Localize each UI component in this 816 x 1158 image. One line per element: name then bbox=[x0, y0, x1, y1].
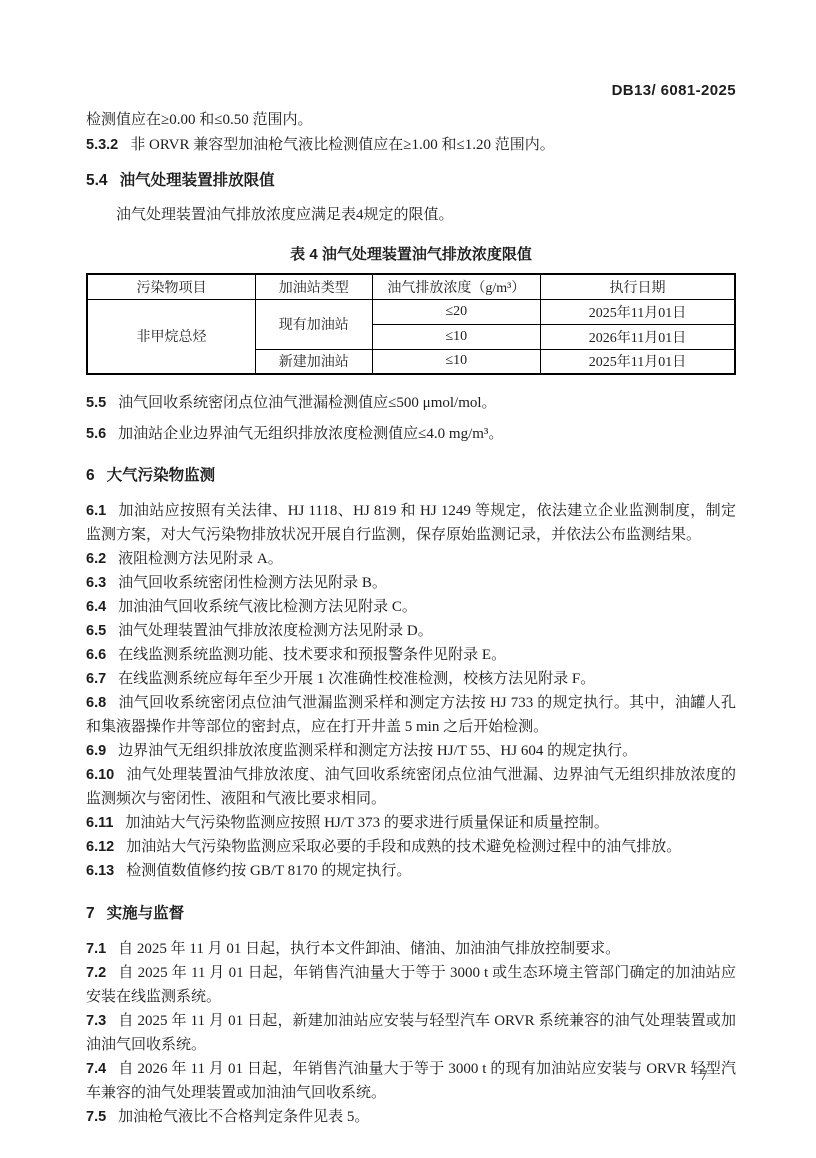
clause-number: 5.6 bbox=[86, 426, 106, 442]
clause-number: 5.5 bbox=[86, 395, 106, 411]
clause-number: 6.13 bbox=[86, 863, 114, 879]
clause-number: 7.3 bbox=[86, 1013, 106, 1029]
clause-text: 液阻检测方法见附录 A。 bbox=[118, 551, 283, 567]
heading-title: 大气污染物监测 bbox=[107, 467, 216, 484]
clause-text: 自 2025 年 11 月 01 日起，新建加油站应安装与轻型汽车 ORVR 系… bbox=[86, 1013, 736, 1053]
clause-number: 6.2 bbox=[86, 551, 106, 567]
cell-concentration: ≤20 bbox=[372, 299, 540, 324]
header-date: 执行日期 bbox=[541, 274, 735, 299]
clause-text: 加油油气回收系统气液比检测方法见附录 C。 bbox=[118, 599, 417, 615]
section-6-heading: 6大气污染物监测 bbox=[86, 466, 736, 486]
clause-6-5: 6.5油气处理装置油气排放浓度检测方法见附录 D。 bbox=[86, 619, 736, 643]
clause-text: 油气处理装置油气排放浓度检测方法见附录 D。 bbox=[118, 623, 433, 639]
heading-number: 5.4 bbox=[86, 172, 108, 189]
clause-6-11: 6.11加油站大气污染物监测应按照 HJ/T 373 的要求进行质量保证和质量控… bbox=[86, 811, 736, 835]
cell-date: 2025年11月01日 bbox=[541, 349, 735, 374]
section-7-body: 7.1自 2025 年 11 月 01 日起，执行本文件卸油、储油、加油油气排放… bbox=[86, 937, 736, 1129]
table-row: 非甲烷总烃 现有加油站 ≤20 2025年11月01日 bbox=[87, 299, 735, 324]
clause-text: 加油站企业边界油气无组织排放浓度检测值应≤4.0 mg/m³。 bbox=[118, 426, 503, 442]
clause-number: 6.10 bbox=[86, 767, 114, 783]
cell-station-type: 现有加油站 bbox=[255, 299, 372, 349]
heading-number: 6 bbox=[86, 467, 95, 484]
clause-number: 7.5 bbox=[86, 1109, 106, 1125]
clause-text: 加油站大气污染物监测应按照 HJ/T 373 的要求进行质量保证和质量控制。 bbox=[125, 815, 608, 831]
clause-text: 在线监测系统应每年至少开展 1 次准确性校准检测，校核方法见附录 F。 bbox=[118, 671, 595, 687]
clause-number: 6.7 bbox=[86, 671, 106, 687]
heading-number: 7 bbox=[86, 905, 95, 922]
clause-number: 7.4 bbox=[86, 1061, 106, 1077]
cell-station-type: 新建加油站 bbox=[255, 349, 372, 374]
header-pollutant: 污染物项目 bbox=[87, 274, 255, 299]
clause-text: 油气回收系统密闭性检测方法见附录 B。 bbox=[118, 575, 387, 591]
section-5-4-heading: 5.4油气处理装置排放限值 bbox=[86, 171, 736, 191]
document-page: DB13/ 6081-2025 检测值应在≥0.00 和≤0.50 范围内。 5… bbox=[0, 0, 816, 1158]
clause-text: 非 ORVR 兼容型加油枪气液比检测值应在≥1.00 和≤1.20 范围内。 bbox=[130, 137, 554, 153]
clause-text: 油气处理装置油气排放浓度、油气回收系统密闭点位油气泄漏、边界油气无组织排放浓度的… bbox=[86, 767, 736, 807]
clause-7-3: 7.3自 2025 年 11 月 01 日起，新建加油站应安装与轻型汽车 ORV… bbox=[86, 1009, 736, 1057]
clause-text: 在线监测系统监测功能、技术要求和预报警条件见附录 E。 bbox=[118, 647, 506, 663]
clause-text: 加油站大气污染物监测应采取必要的手段和成熟的技术避免检测过程中的油气排放。 bbox=[126, 839, 681, 855]
clause-6-3: 6.3油气回收系统密闭性检测方法见附录 B。 bbox=[86, 571, 736, 595]
clause-number: 7.2 bbox=[86, 965, 106, 981]
header-concentration: 油气排放浓度（g/m³） bbox=[372, 274, 540, 299]
clause-text: 自 2025 年 11 月 01 日起，执行本文件卸油、储油、加油油气排放控制要… bbox=[118, 941, 620, 957]
heading-title: 油气处理装置排放限值 bbox=[120, 172, 275, 189]
cell-concentration: ≤10 bbox=[372, 324, 540, 349]
clause-number: 6.11 bbox=[86, 815, 113, 831]
clause-5-3-2: 5.3.2非 ORVR 兼容型加油枪气液比检测值应在≥1.00 和≤1.20 范… bbox=[86, 133, 736, 158]
cell-concentration: ≤10 bbox=[372, 349, 540, 374]
header-station-type: 加油站类型 bbox=[255, 274, 372, 299]
clause-6-6: 6.6在线监测系统监测功能、技术要求和预报警条件见附录 E。 bbox=[86, 643, 736, 667]
cell-pollutant: 非甲烷总烃 bbox=[87, 299, 255, 374]
clause-5-5: 5.5油气回收系统密闭点位油气泄漏检测值应≤500 μmol/mol。 bbox=[86, 391, 736, 416]
section-6-body: 6.1加油站应按照有关法律、HJ 1118、HJ 819 和 HJ 1249 等… bbox=[86, 499, 736, 883]
clause-6-12: 6.12加油站大气污染物监测应采取必要的手段和成熟的技术避免检测过程中的油气排放… bbox=[86, 835, 736, 859]
clause-6-4: 6.4加油油气回收系统气液比检测方法见附录 C。 bbox=[86, 595, 736, 619]
clause-text: 检测值应在≥0.00 和≤0.50 范围内。 bbox=[86, 112, 312, 128]
clause-6-13: 6.13检测值数值修约按 GB/T 8170 的规定执行。 bbox=[86, 859, 736, 883]
clause-number: 6.3 bbox=[86, 575, 106, 591]
clause-5-3-1-continuation: 检测值应在≥0.00 和≤0.50 范围内。 bbox=[86, 108, 736, 133]
paragraph-5-4: 油气处理装置油气排放浓度应满足表4规定的限值。 bbox=[86, 204, 736, 227]
clause-number: 6.8 bbox=[86, 695, 106, 711]
clause-text: 油气回收系统密闭点位油气泄漏监测采样和测定方法按 HJ 733 的规定执行。其中… bbox=[86, 695, 736, 735]
clause-6-2: 6.2液阻检测方法见附录 A。 bbox=[86, 547, 736, 571]
cell-date: 2026年11月01日 bbox=[541, 324, 735, 349]
clause-number: 6.12 bbox=[86, 839, 114, 855]
clause-text: 加油站应按照有关法律、HJ 1118、HJ 819 和 HJ 1249 等规定，… bbox=[86, 503, 736, 543]
clause-number: 5.3.2 bbox=[86, 137, 118, 153]
cell-date: 2025年11月01日 bbox=[541, 299, 735, 324]
clause-5-6: 5.6加油站企业边界油气无组织排放浓度检测值应≤4.0 mg/m³。 bbox=[86, 422, 736, 447]
clause-text: 油气回收系统密闭点位油气泄漏检测值应≤500 μmol/mol。 bbox=[118, 395, 496, 411]
clause-7-5: 7.5加油枪气液比不合格判定条件见表 5。 bbox=[86, 1105, 736, 1129]
clause-6-7: 6.7在线监测系统应每年至少开展 1 次准确性校准检测，校核方法见附录 F。 bbox=[86, 667, 736, 691]
standard-code: DB13/ 6081-2025 bbox=[612, 82, 736, 99]
document-header: DB13/ 6081-2025 bbox=[86, 82, 736, 99]
clause-text: 边界油气无组织排放浓度监测采样和测定方法按 HJ/T 55、HJ 604 的规定… bbox=[118, 743, 637, 759]
clause-7-4: 7.4自 2026 年 11 月 01 日起，年销售汽油量大于等于 3000 t… bbox=[86, 1057, 736, 1105]
clause-number: 6.5 bbox=[86, 623, 106, 639]
section-5: 检测值应在≥0.00 和≤0.50 范围内。 5.3.2非 ORVR 兼容型加油… bbox=[86, 108, 736, 447]
heading-title: 实施与监督 bbox=[107, 905, 185, 922]
table-4-title: 表 4 油气处理装置油气排放浓度限值 bbox=[86, 243, 736, 264]
clause-6-9: 6.9边界油气无组织排放浓度监测采样和测定方法按 HJ/T 55、HJ 604 … bbox=[86, 739, 736, 763]
clause-number: 6.4 bbox=[86, 599, 106, 615]
clause-text: 自 2026 年 11 月 01 日起，年销售汽油量大于等于 3000 t 的现… bbox=[86, 1061, 736, 1101]
clause-7-1: 7.1自 2025 年 11 月 01 日起，执行本文件卸油、储油、加油油气排放… bbox=[86, 937, 736, 961]
section-7-heading: 7实施与监督 bbox=[86, 904, 736, 924]
clause-number: 6.1 bbox=[86, 503, 106, 519]
clause-6-1: 6.1加油站应按照有关法律、HJ 1118、HJ 819 和 HJ 1249 等… bbox=[86, 499, 736, 547]
clause-6-10: 6.10油气处理装置油气排放浓度、油气回收系统密闭点位油气泄漏、边界油气无组织排… bbox=[86, 763, 736, 811]
clause-number: 6.6 bbox=[86, 647, 106, 663]
clause-number: 7.1 bbox=[86, 941, 106, 957]
clause-number: 6.9 bbox=[86, 743, 106, 759]
clause-text: 自 2025 年 11 月 01 日起，年销售汽油量大于等于 3000 t 或生… bbox=[86, 965, 736, 1005]
table-4: 污染物项目 加油站类型 油气排放浓度（g/m³） 执行日期 非甲烷总烃 现有加油… bbox=[86, 273, 736, 375]
page-number: 7 bbox=[700, 1068, 708, 1085]
clause-text: 检测值数值修约按 GB/T 8170 的规定执行。 bbox=[126, 863, 411, 879]
table-header-row: 污染物项目 加油站类型 油气排放浓度（g/m³） 执行日期 bbox=[87, 274, 735, 299]
clause-7-2: 7.2自 2025 年 11 月 01 日起，年销售汽油量大于等于 3000 t… bbox=[86, 961, 736, 1009]
clause-6-8: 6.8油气回收系统密闭点位油气泄漏监测采样和测定方法按 HJ 733 的规定执行… bbox=[86, 691, 736, 739]
clause-text: 加油枪气液比不合格判定条件见表 5。 bbox=[118, 1109, 369, 1125]
